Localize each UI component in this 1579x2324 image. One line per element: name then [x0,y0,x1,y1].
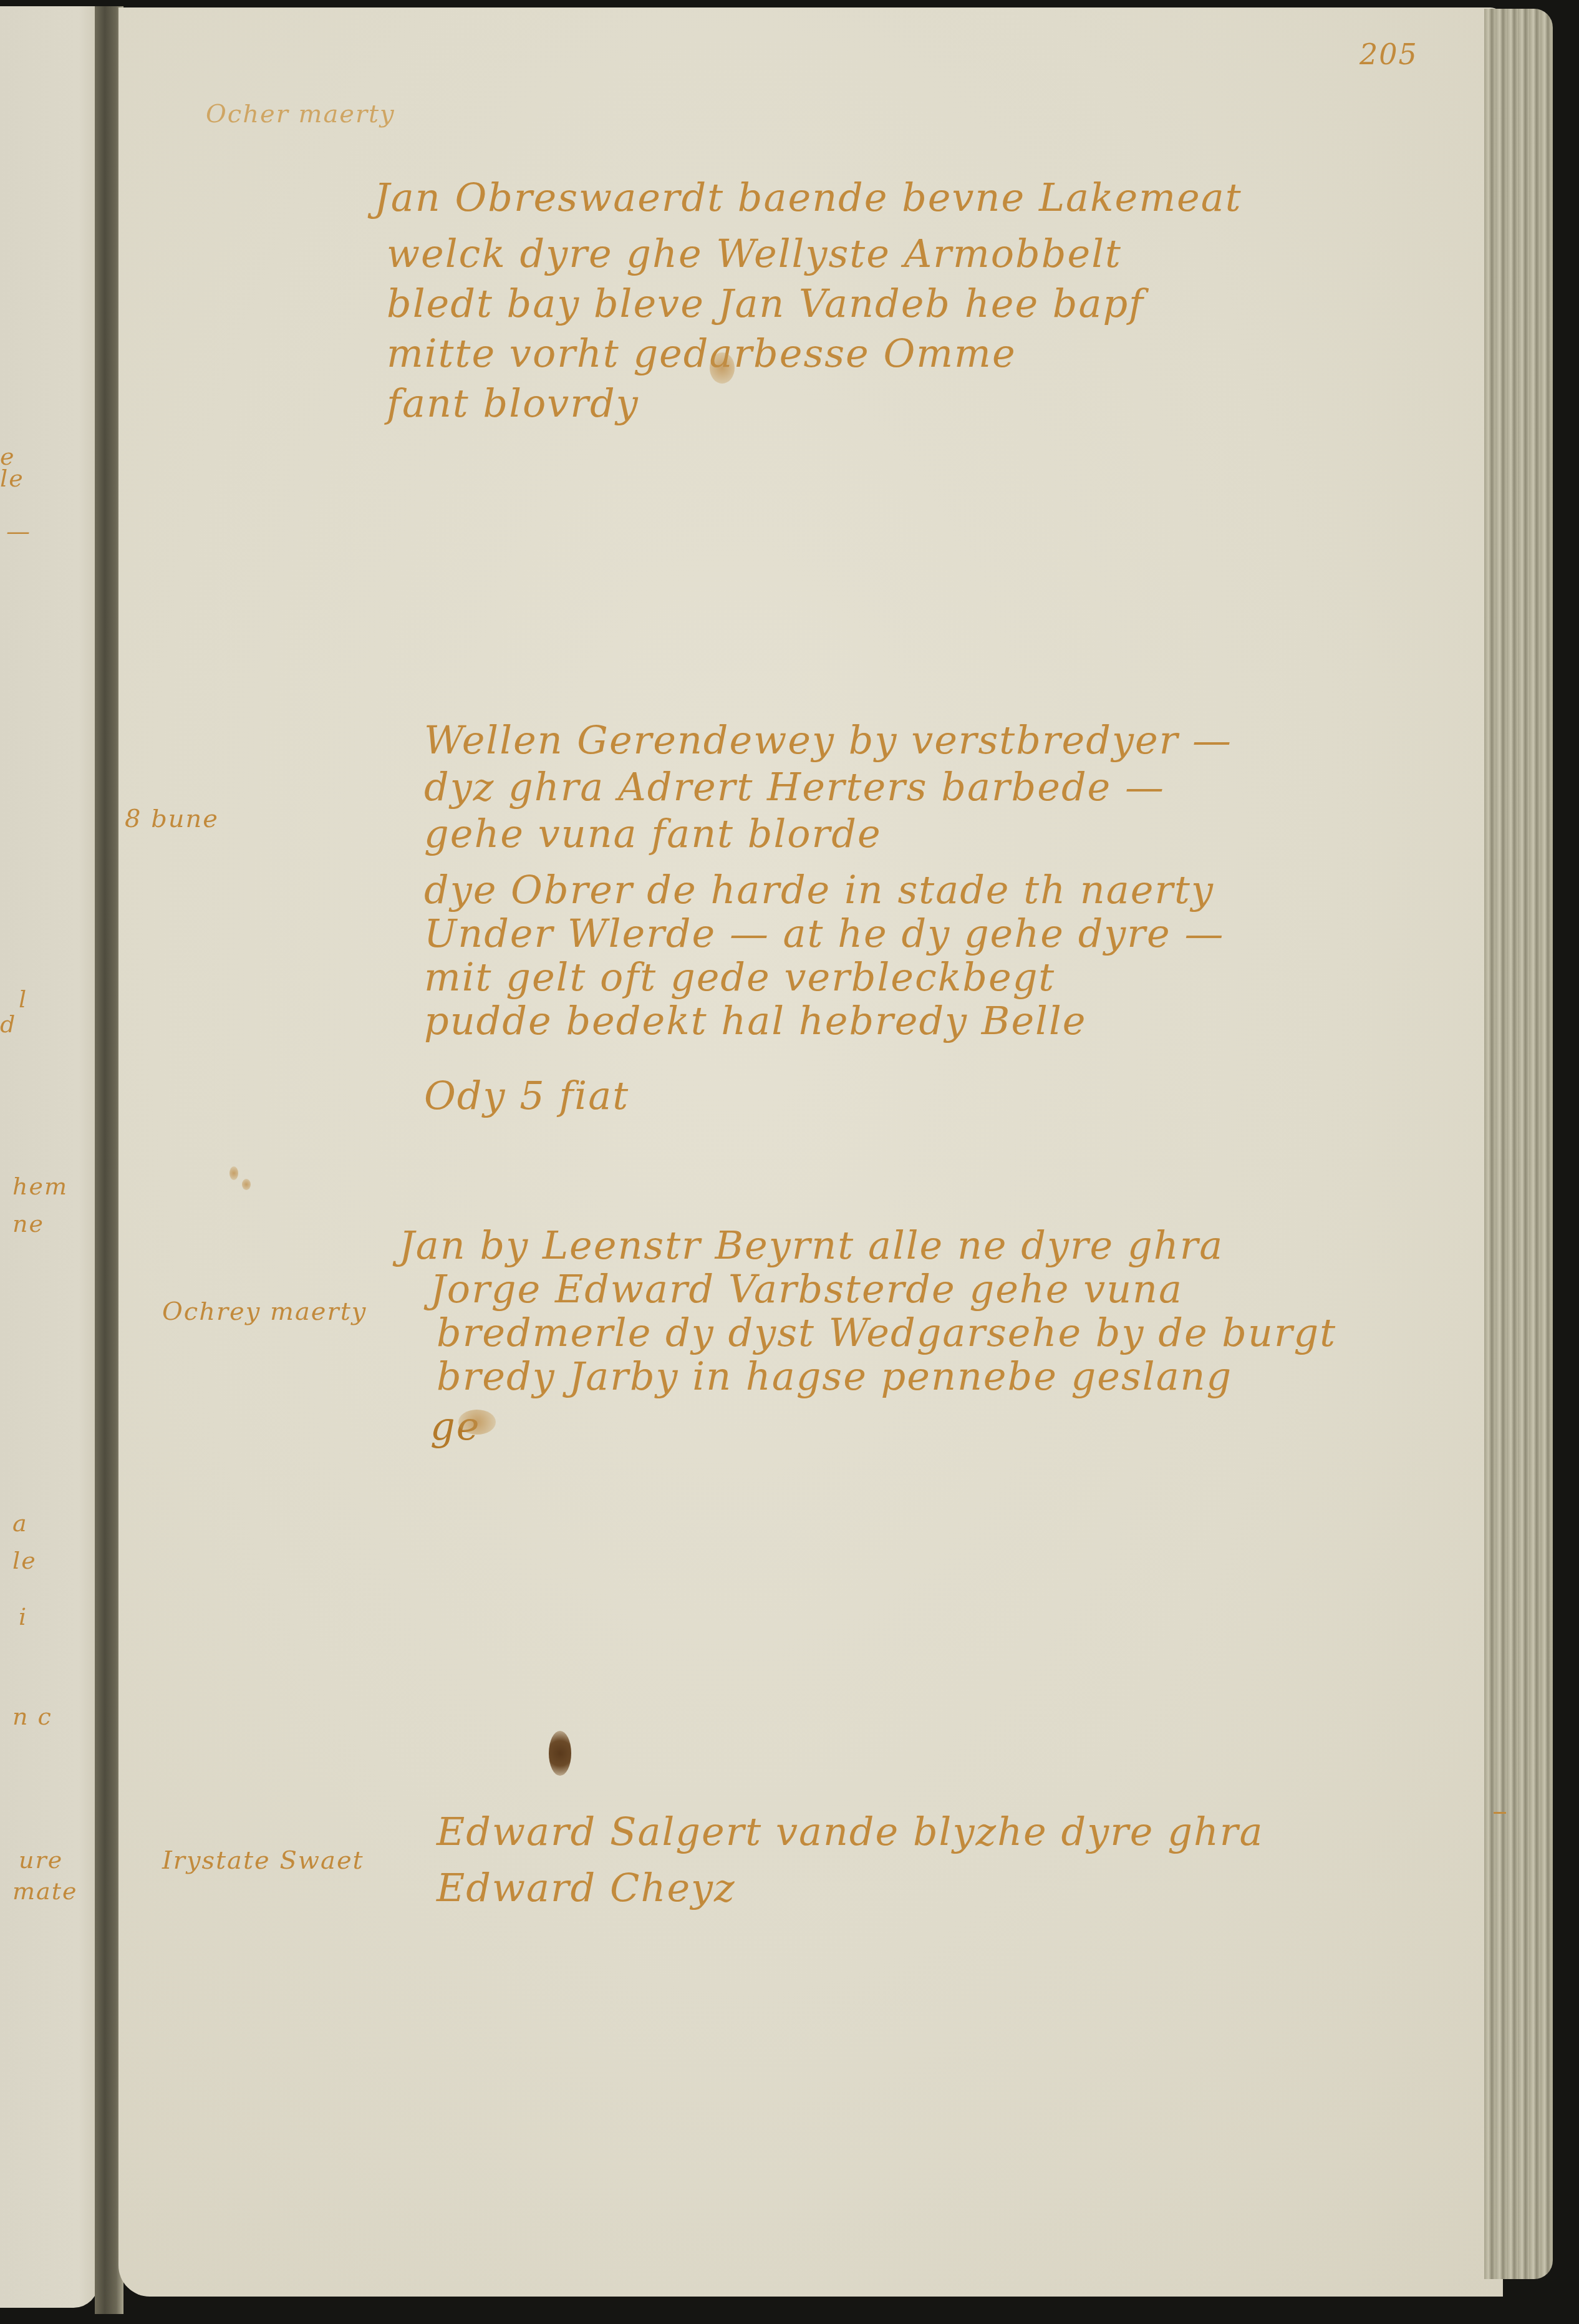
entry-2-line: dye Obrer de harde in stade th naerty [424,867,1214,913]
entry-2-margin-note: 8 bune [125,805,219,833]
ink-drop [229,1166,238,1180]
entry-4-line: Edward Cheyz [437,1865,736,1910]
page-edges [1484,9,1553,2279]
line-filler-dash [1494,1812,1506,1814]
left-fragment: n c [12,1703,52,1730]
entry-2-line: mit gelt oft gede verbleckbegt [424,954,1055,1000]
entry-2-line: Wellen Gerendewey by verstbredyer — [424,717,1232,763]
left-fragment: d [0,1010,16,1038]
entry-1-margin-note: Ocher maerty [206,100,395,128]
ink-drop [242,1179,251,1190]
left-fragment: hem [12,1173,68,1200]
entry-1-line: welck dyre ghe Wellyste Armobbelt [387,231,1122,276]
entry-1-line: Jan Obreswaerdt baende bevne Lakemeat [374,175,1242,220]
entry-4-margin-note: Irystate Swaet [162,1846,364,1875]
entry-3-line: bredmerle dy dyst Wedgarsehe by de burgt [437,1310,1336,1355]
ink-stain [458,1410,496,1435]
entry-3-line: bredy Jarby in hagse pennebe geslang [437,1353,1232,1399]
folio-number: 205 [1359,37,1418,71]
left-fragment: — [6,518,31,545]
left-fragment: mate [12,1877,77,1905]
entry-2-line: dyz ghra Adrert Herters barbede — [424,764,1165,810]
entry-1-line: bledt bay bleve Jan Vandeb hee bapf [387,281,1144,326]
entry-4-line: Edward Salgert vande blyzhe dyre ghra [437,1809,1263,1854]
left-fragment: le [0,465,24,492]
entry-3-line: Jorge Edward Varbsterde gehe vuna [430,1266,1183,1312]
left-fragment: ne [12,1210,44,1237]
ink-stain [710,352,735,384]
entry-3-line: Jan by Leenstr Beyrnt alle ne dyre ghra [399,1223,1224,1268]
left-fragment: l [19,985,27,1013]
entry-1-line: mitte vorht gedarbesse Omme [387,331,1016,376]
left-facing-page [0,6,99,2308]
entry-2-line: Ody 5 fiat [424,1073,629,1118]
left-fragment: le [12,1547,37,1574]
left-fragment: ure [19,1846,63,1874]
entry-1-line: fant blovrdy [387,380,639,426]
entry-3-margin-note: Ochrey maerty [162,1297,367,1326]
left-fragment: a [12,1509,28,1537]
entry-2-line: pudde bedekt hal hebredy Belle [424,998,1086,1043]
left-fragment: i [19,1603,27,1630]
entry-2-line: gehe vuna fant blorde [424,811,882,856]
entry-2-line: Under Wlerde — at he dy gehe dyre — [424,911,1224,956]
ink-blot [549,1731,571,1776]
